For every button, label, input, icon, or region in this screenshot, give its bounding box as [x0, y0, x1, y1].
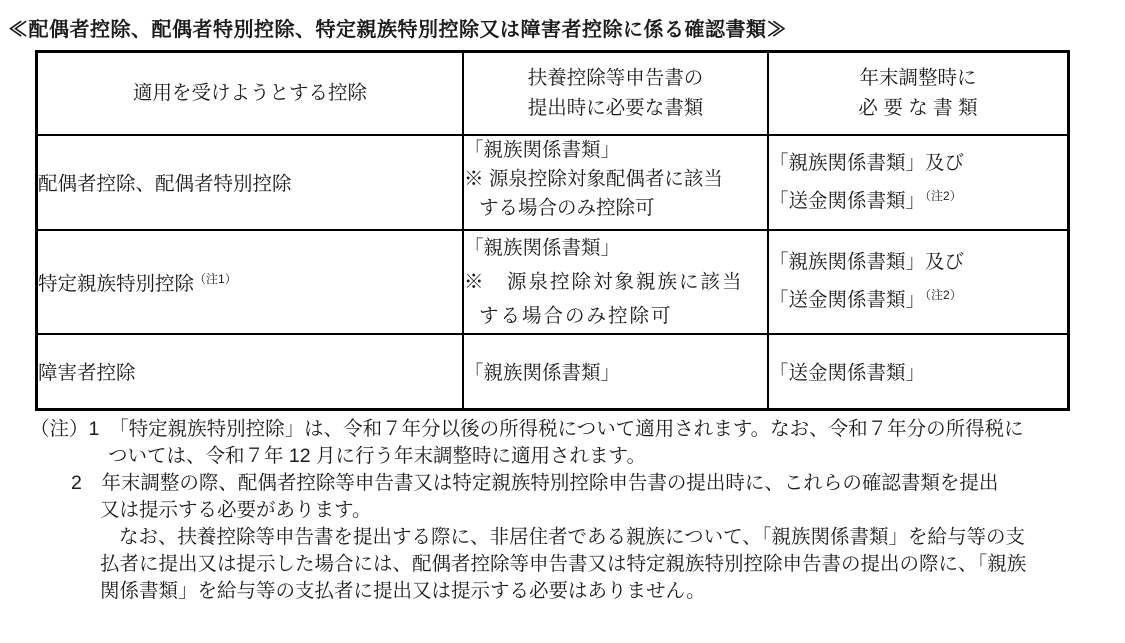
header-deduction: 適用を受けようとする控除: [37, 52, 464, 135]
footnote-2-line-4: 払者に提出又は提示した場合には、配偶者控除等申告書又は特定親族特別控除申告書の提…: [0, 551, 1120, 578]
footnote-ref-2: （注2）: [925, 189, 962, 203]
table-row-spouse-deduction: 配偶者控除、配偶者特別控除 「親族関係書類」 ※ 源泉控除対象配偶者に該当 する…: [37, 135, 1069, 230]
footnote-ref-1: （注1）: [194, 272, 237, 286]
cell-submission-docs: 「親族関係書類」 ※ 源泉控除対象配偶者に該当 する場合のみ控除可: [463, 135, 768, 230]
footnote-2-line-1: 2 年末調整の際、配偶者控除等申告書又は特定親族特別控除申告書の提出時に、これら…: [0, 470, 1120, 497]
cell-submission-docs: 「親族関係書類」 ※ 源泉控除対象親族に該当 する場合のみ控除可: [463, 230, 768, 334]
footnote-1-line-2: ついては、令和７年 12 月に行う年末調整時に適用されます。: [0, 443, 1120, 470]
cell-deduction-name: 障害者控除: [37, 334, 464, 410]
header-yearend-docs: 年末調整時に 必 要 な 書 類: [768, 52, 1069, 135]
table-row-disability-deduction: 障害者控除 「親族関係書類」 「送金関係書類」: [37, 334, 1069, 410]
page-title: ≪配偶者控除、配偶者特別控除、特定親族特別控除又は障害者控除に係る確認書類≫: [8, 13, 787, 42]
confirmation-documents-table: 適用を受けようとする控除 扶養控除等申告書の 提出時に必要な書類 年末調整時に …: [35, 50, 1070, 411]
document-page: ≪配偶者控除、配偶者特別控除、特定親族特別控除又は障害者控除に係る確認書類≫ 適…: [0, 0, 1125, 643]
footnote-1-line-1: （注）1 「特定親族特別控除」は、令和７年分以後の所得税について適用されます。な…: [0, 416, 1120, 443]
header-deduction-label: 適用を受けようとする控除: [38, 78, 462, 108]
footnote-ref-2: （注2）: [925, 288, 962, 302]
cell-deduction-name: 特定親族特別控除（注1）: [37, 230, 464, 334]
cell-submission-docs: 「親族関係書類」: [463, 334, 768, 410]
cell-deduction-name: 配偶者控除、配偶者特別控除: [37, 135, 464, 230]
header-submission-docs: 扶養控除等申告書の 提出時に必要な書類: [463, 52, 768, 135]
cell-yearend-docs: 「親族関係書類」及び 「送金関係書類」（注2）: [768, 135, 1069, 230]
table-header-row: 適用を受けようとする控除 扶養控除等申告書の 提出時に必要な書類 年末調整時に …: [37, 52, 1069, 135]
footnote-2-line-2: 又は提示する必要があります。: [0, 497, 1120, 524]
footnote-2-line-5: 関係書類」を給与等の支払者に提出又は提示する必要はありません。: [0, 578, 1120, 605]
cell-yearend-docs: 「親族関係書類」及び 「送金関係書類」（注2）: [768, 230, 1069, 334]
table-row-specified-relative-deduction: 特定親族特別控除（注1） 「親族関係書類」 ※ 源泉控除対象親族に該当 する場合…: [37, 230, 1069, 334]
footnote-2-line-3: なお、扶養控除等申告書を提出する際に、非居住者である親族について、「親族関係書類…: [0, 524, 1120, 551]
cell-yearend-docs: 「送金関係書類」: [768, 334, 1069, 410]
footnotes: （注）1 「特定親族特別控除」は、令和７年分以後の所得税について適用されます。な…: [0, 416, 1120, 605]
